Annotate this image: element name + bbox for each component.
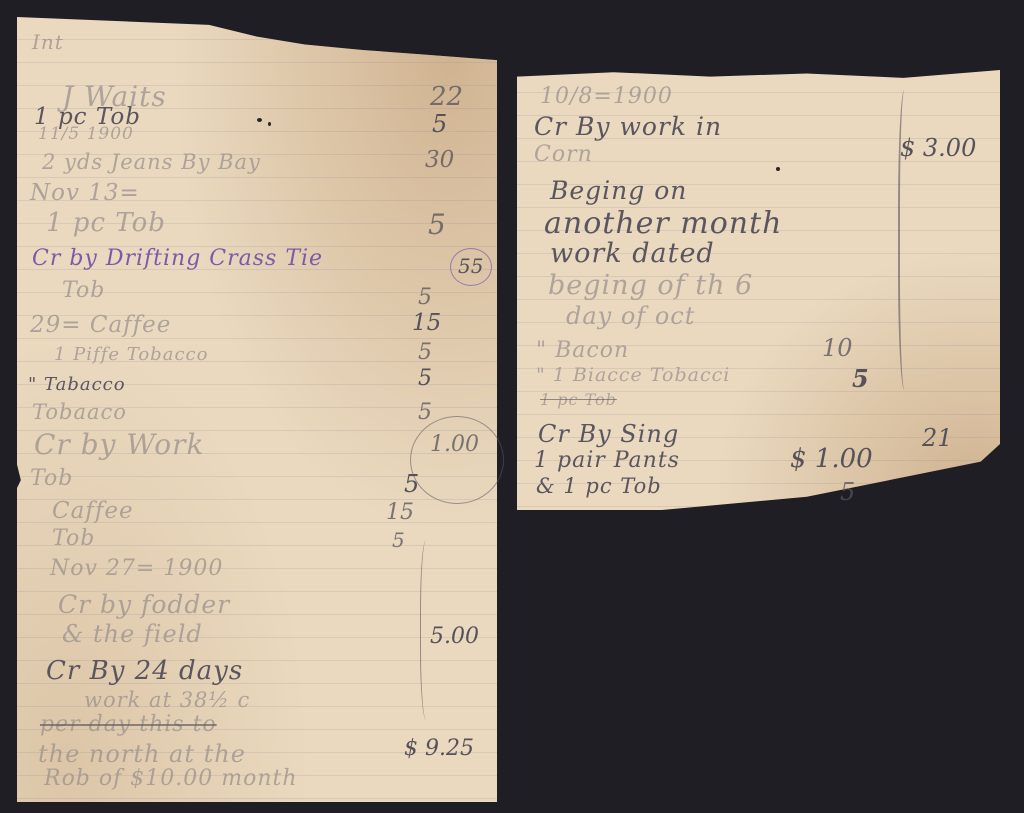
ledger-entry: 29= Caffee	[30, 312, 171, 338]
ledger-date: 11/5 1900	[38, 124, 134, 144]
ledger-entry-credit: Cr By 24 days	[46, 656, 243, 686]
entry-amount: 5	[418, 285, 432, 310]
ledger-entry: Tobaaco	[32, 400, 127, 424]
entry-amount: 5	[840, 478, 855, 506]
ledger-entry: work at 38½ c	[84, 688, 250, 712]
entry-amount: 15	[386, 500, 414, 525]
entry-amount: 30	[425, 147, 454, 173]
entry-amount: 5	[418, 366, 432, 391]
ledger-entry: the north at the	[38, 740, 246, 768]
entry-amount: 15	[412, 310, 441, 336]
entry-amount: 5	[404, 470, 419, 498]
ledger-entry: " 1 Biacce Tobacci	[536, 364, 730, 386]
ledger-entry: 1 pc Tob	[46, 208, 166, 238]
ledger-entry: " Tabacco	[28, 374, 126, 395]
header-int: Int	[32, 30, 64, 54]
ledger-entry-credit: Cr by Work	[34, 428, 204, 461]
ledger-entry: Beging on	[550, 176, 687, 205]
ledger-entry-struck: 1 pc Tob	[540, 390, 617, 409]
header-amount: 22	[430, 82, 463, 112]
ink-spot	[268, 122, 271, 126]
amount-circle	[410, 416, 504, 504]
entry-amount: 5	[418, 340, 432, 365]
ledger-entry: Corn	[534, 142, 593, 167]
ledger-entry: " Bacon	[536, 338, 629, 363]
entry-amount: 10	[822, 334, 853, 362]
ledger-entry: day of oct	[566, 302, 695, 330]
ledger-entry: beging of th 6	[548, 270, 753, 301]
ledger-entry: & 1 pc Tob	[536, 474, 662, 498]
ledger-entry-credit: Cr by Drifting Crass Tie	[32, 246, 323, 271]
ledger-entry: & the field	[62, 620, 203, 648]
ledger-entry-credit: Cr By Sing	[538, 420, 679, 448]
entry-amount: 5	[418, 400, 432, 425]
ledger-date: Nov 27= 1900	[50, 556, 223, 581]
entry-amount: 5	[392, 528, 405, 552]
ink-spot	[776, 167, 780, 171]
entry-amount: 5.00	[430, 624, 479, 649]
entry-amount-total: 21	[922, 424, 953, 452]
ledger-entry: Tob	[30, 466, 73, 491]
ledger-entry: Tob	[62, 278, 105, 303]
entry-amount: 1.00	[430, 432, 479, 457]
entry-amount: 5	[852, 364, 869, 393]
ledger-entry: work dated	[550, 238, 715, 269]
ledger-date: 10/8=1900	[540, 84, 673, 109]
ledger-entry: 2 yds Jeans By Bay	[42, 150, 261, 174]
ledger-entry-credit: Cr by fodder	[58, 590, 230, 619]
ledger-entry: Tob	[52, 526, 95, 551]
ledger-entry-struck: per day this to	[40, 712, 217, 737]
ledger-entry: 1 pair Pants	[534, 448, 680, 473]
entry-amount-total: $ 9.25	[404, 736, 474, 761]
ledger-entry: 1 Piffe Tobacco	[54, 344, 208, 365]
entry-amount: $ 1.00	[790, 444, 873, 474]
ledger-entry: Rob of $10.00 month	[44, 766, 298, 791]
ledger-date: Nov 13=	[30, 180, 140, 206]
ledger-entry: Caffee	[52, 498, 134, 524]
entry-amount: 5	[432, 110, 447, 138]
ledger-entry: another month	[544, 206, 782, 241]
entry-amount: 5	[428, 208, 446, 241]
ink-spot	[257, 118, 262, 122]
entry-amount: 55	[458, 254, 483, 278]
entry-amount-total: $ 3.00	[900, 134, 976, 162]
ledger-entry-credit: Cr By work in	[534, 112, 722, 141]
